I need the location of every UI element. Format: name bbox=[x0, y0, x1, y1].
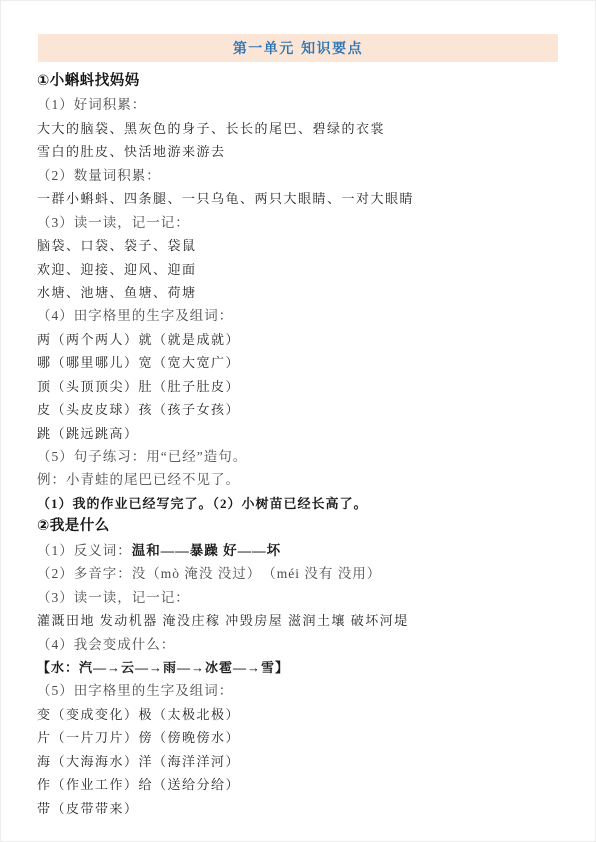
doc-line: 顶（头顶顶尖）肚（肚子肚皮） bbox=[37, 375, 559, 398]
doc-line: 例：小青蛙的尾巴已经不见了。 bbox=[37, 468, 559, 491]
doc-line: 哪（哪里哪儿）宽（宽大宽广） bbox=[37, 351, 559, 374]
doc-line: 脑袋、口袋、袋子、袋鼠 bbox=[37, 234, 559, 257]
doc-line: （2）数量词积累： bbox=[37, 164, 559, 187]
doc-line: 欢迎、迎接、迎风、迎面 bbox=[37, 258, 559, 281]
doc-line: 海（大海海水）洋（海洋洋河） bbox=[37, 750, 559, 773]
doc-line: （1）好词积累： bbox=[37, 93, 559, 116]
doc-line: 作（作业工作）给（送给分给） bbox=[37, 773, 559, 796]
doc-line: （3）读一读，记一记： bbox=[37, 586, 559, 609]
doc-line: 两（两个两人）就（就是成就） bbox=[37, 328, 559, 351]
doc-line: （4）田字格里的生字及组词： bbox=[37, 304, 559, 327]
doc-line: 雪白的肚皮、快活地游来游去 bbox=[37, 140, 559, 163]
unit-header-bar: 第一单元 知识要点 bbox=[38, 34, 558, 62]
doc-line: （1）反义词：温和——暴躁 好——坏 bbox=[37, 539, 559, 562]
document-page: 第一单元 知识要点 ①小蝌蚪找妈妈 （1）好词积累： 大大的脑袋、黑灰色的身子、… bbox=[0, 0, 596, 842]
doc-line: 片（一片刀片）傍（傍晚傍水） bbox=[37, 726, 559, 749]
doc-line: 变（变成变化）极（太极北极） bbox=[37, 703, 559, 726]
doc-line: （5）句子练习：用“已经”造句。 bbox=[37, 445, 559, 468]
doc-line: （1）我的作业已经写完了。（2）小树苗已经长高了。 bbox=[37, 492, 559, 515]
doc-line-label: （1）反义词： bbox=[37, 543, 132, 558]
doc-line: 灌溉田地 发动机器 淹没庄稼 冲毁房屋 滋润土壤 破坏河堤 bbox=[37, 609, 559, 632]
unit-title: 第一单元 知识要点 bbox=[233, 38, 363, 58]
doc-line: 带（皮带带来） bbox=[37, 797, 559, 820]
doc-line: 【水：汽—→云—→雨—→冰雹—→雪】 bbox=[37, 656, 559, 679]
doc-line: 大大的脑袋、黑灰色的身子、长长的尾巴、碧绿的衣裳 bbox=[37, 117, 559, 140]
doc-line: 皮（头皮皮球）孩（孩子女孩） bbox=[37, 398, 559, 421]
doc-line: 水塘、池塘、鱼塘、荷塘 bbox=[37, 281, 559, 304]
doc-line: （4）我会变成什么： bbox=[37, 633, 559, 656]
doc-line: （2）多音字：没（mò 淹没 没过） （méi 没有 没用） bbox=[37, 562, 559, 585]
document-body: ①小蝌蚪找妈妈 （1）好词积累： 大大的脑袋、黑灰色的身子、长长的尾巴、碧绿的衣… bbox=[1, 67, 595, 820]
doc-line: 跳（跳远跳高） bbox=[37, 422, 559, 445]
doc-line: （5）田字格里的生字及组词： bbox=[37, 679, 559, 702]
doc-line: 一群小蝌蚪、四条腿、一只乌龟、两只大眼睛、一对大眼睛 bbox=[37, 187, 559, 210]
doc-line-antonyms: 温和——暴躁 好——坏 bbox=[132, 543, 281, 558]
section-heading-2: ②我是什么 bbox=[37, 515, 559, 538]
section-heading-1: ①小蝌蚪找妈妈 bbox=[37, 70, 559, 93]
doc-line: （3）读一读，记一记： bbox=[37, 211, 559, 234]
